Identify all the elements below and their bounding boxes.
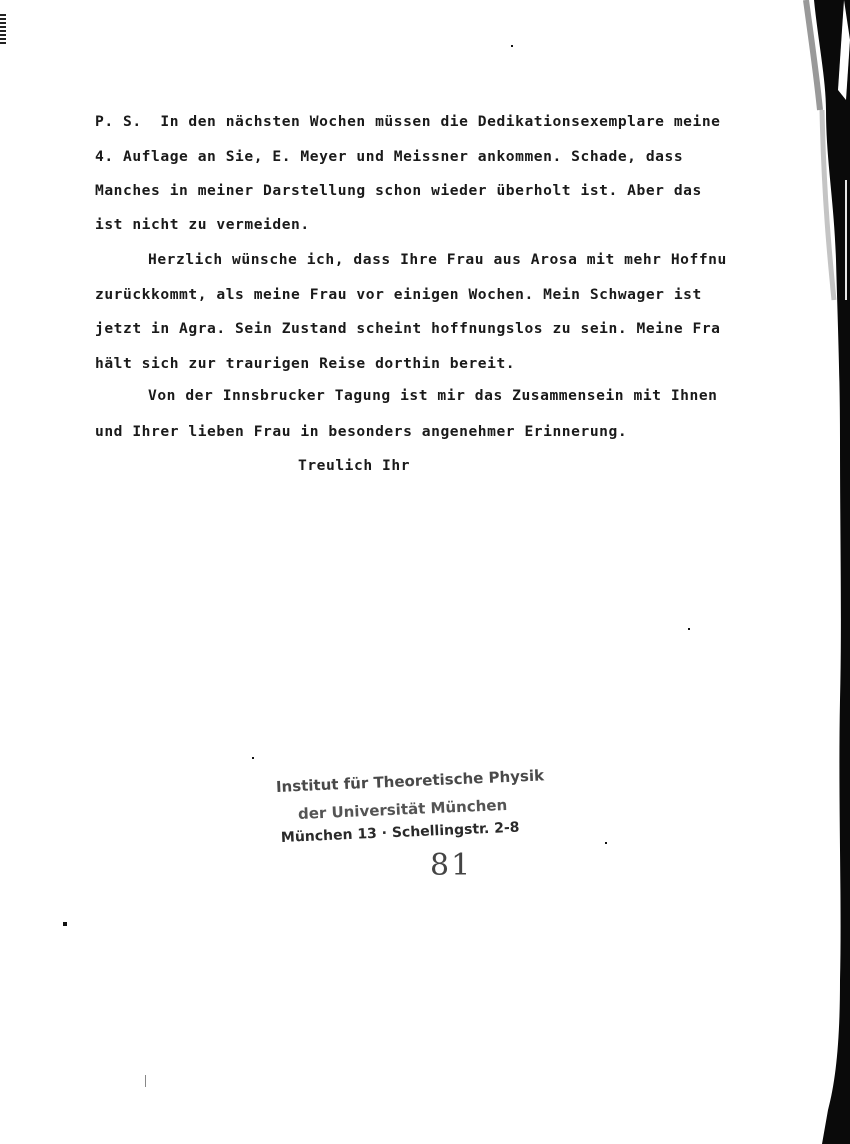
- speck: [688, 628, 690, 630]
- closing-line: Treulich Ihr: [298, 457, 410, 474]
- scan-edge-mark: [0, 14, 6, 44]
- text-line-10: und Ihrer lieben Frau in besonders angen…: [95, 423, 627, 440]
- page-edge-shadow: [800, 0, 850, 1144]
- institute-stamp-line-2: der Universität München: [298, 796, 508, 823]
- text-line-7: jetzt in Agra. Sein Zustand scheint hoff…: [95, 320, 721, 337]
- text-line-5: Herzlich wünsche ich, dass Ihre Frau aus…: [148, 251, 727, 268]
- text-line-1: P. S. In den nächsten Wochen müssen die …: [95, 113, 721, 130]
- text-line-6: zurückkommt, als meine Frau vor einigen …: [95, 286, 702, 303]
- speck: [511, 45, 513, 47]
- institute-stamp-line-1: Institut für Theoretische Physik: [276, 766, 545, 796]
- document-page: P. S. In den nächsten Wochen müssen die …: [0, 0, 850, 1144]
- speck: [63, 922, 67, 926]
- text-line-9: Von der Innsbrucker Tagung ist mir das Z…: [148, 387, 718, 404]
- speck: [605, 842, 607, 844]
- text-line-8: hält sich zur traurigen Reise dorthin be…: [95, 355, 515, 372]
- folio-number: 81: [430, 848, 472, 883]
- text-line-2: 4. Auflage an Sie, E. Meyer und Meissner…: [95, 148, 683, 165]
- speck: [145, 1075, 146, 1087]
- institute-stamp-line-3: München 13 · Schellingstr. 2-8: [281, 820, 520, 846]
- speck: [252, 757, 254, 759]
- text-line-3: Manches in meiner Darstellung schon wied…: [95, 182, 702, 199]
- text-line-4: ist nicht zu vermeiden.: [95, 216, 310, 233]
